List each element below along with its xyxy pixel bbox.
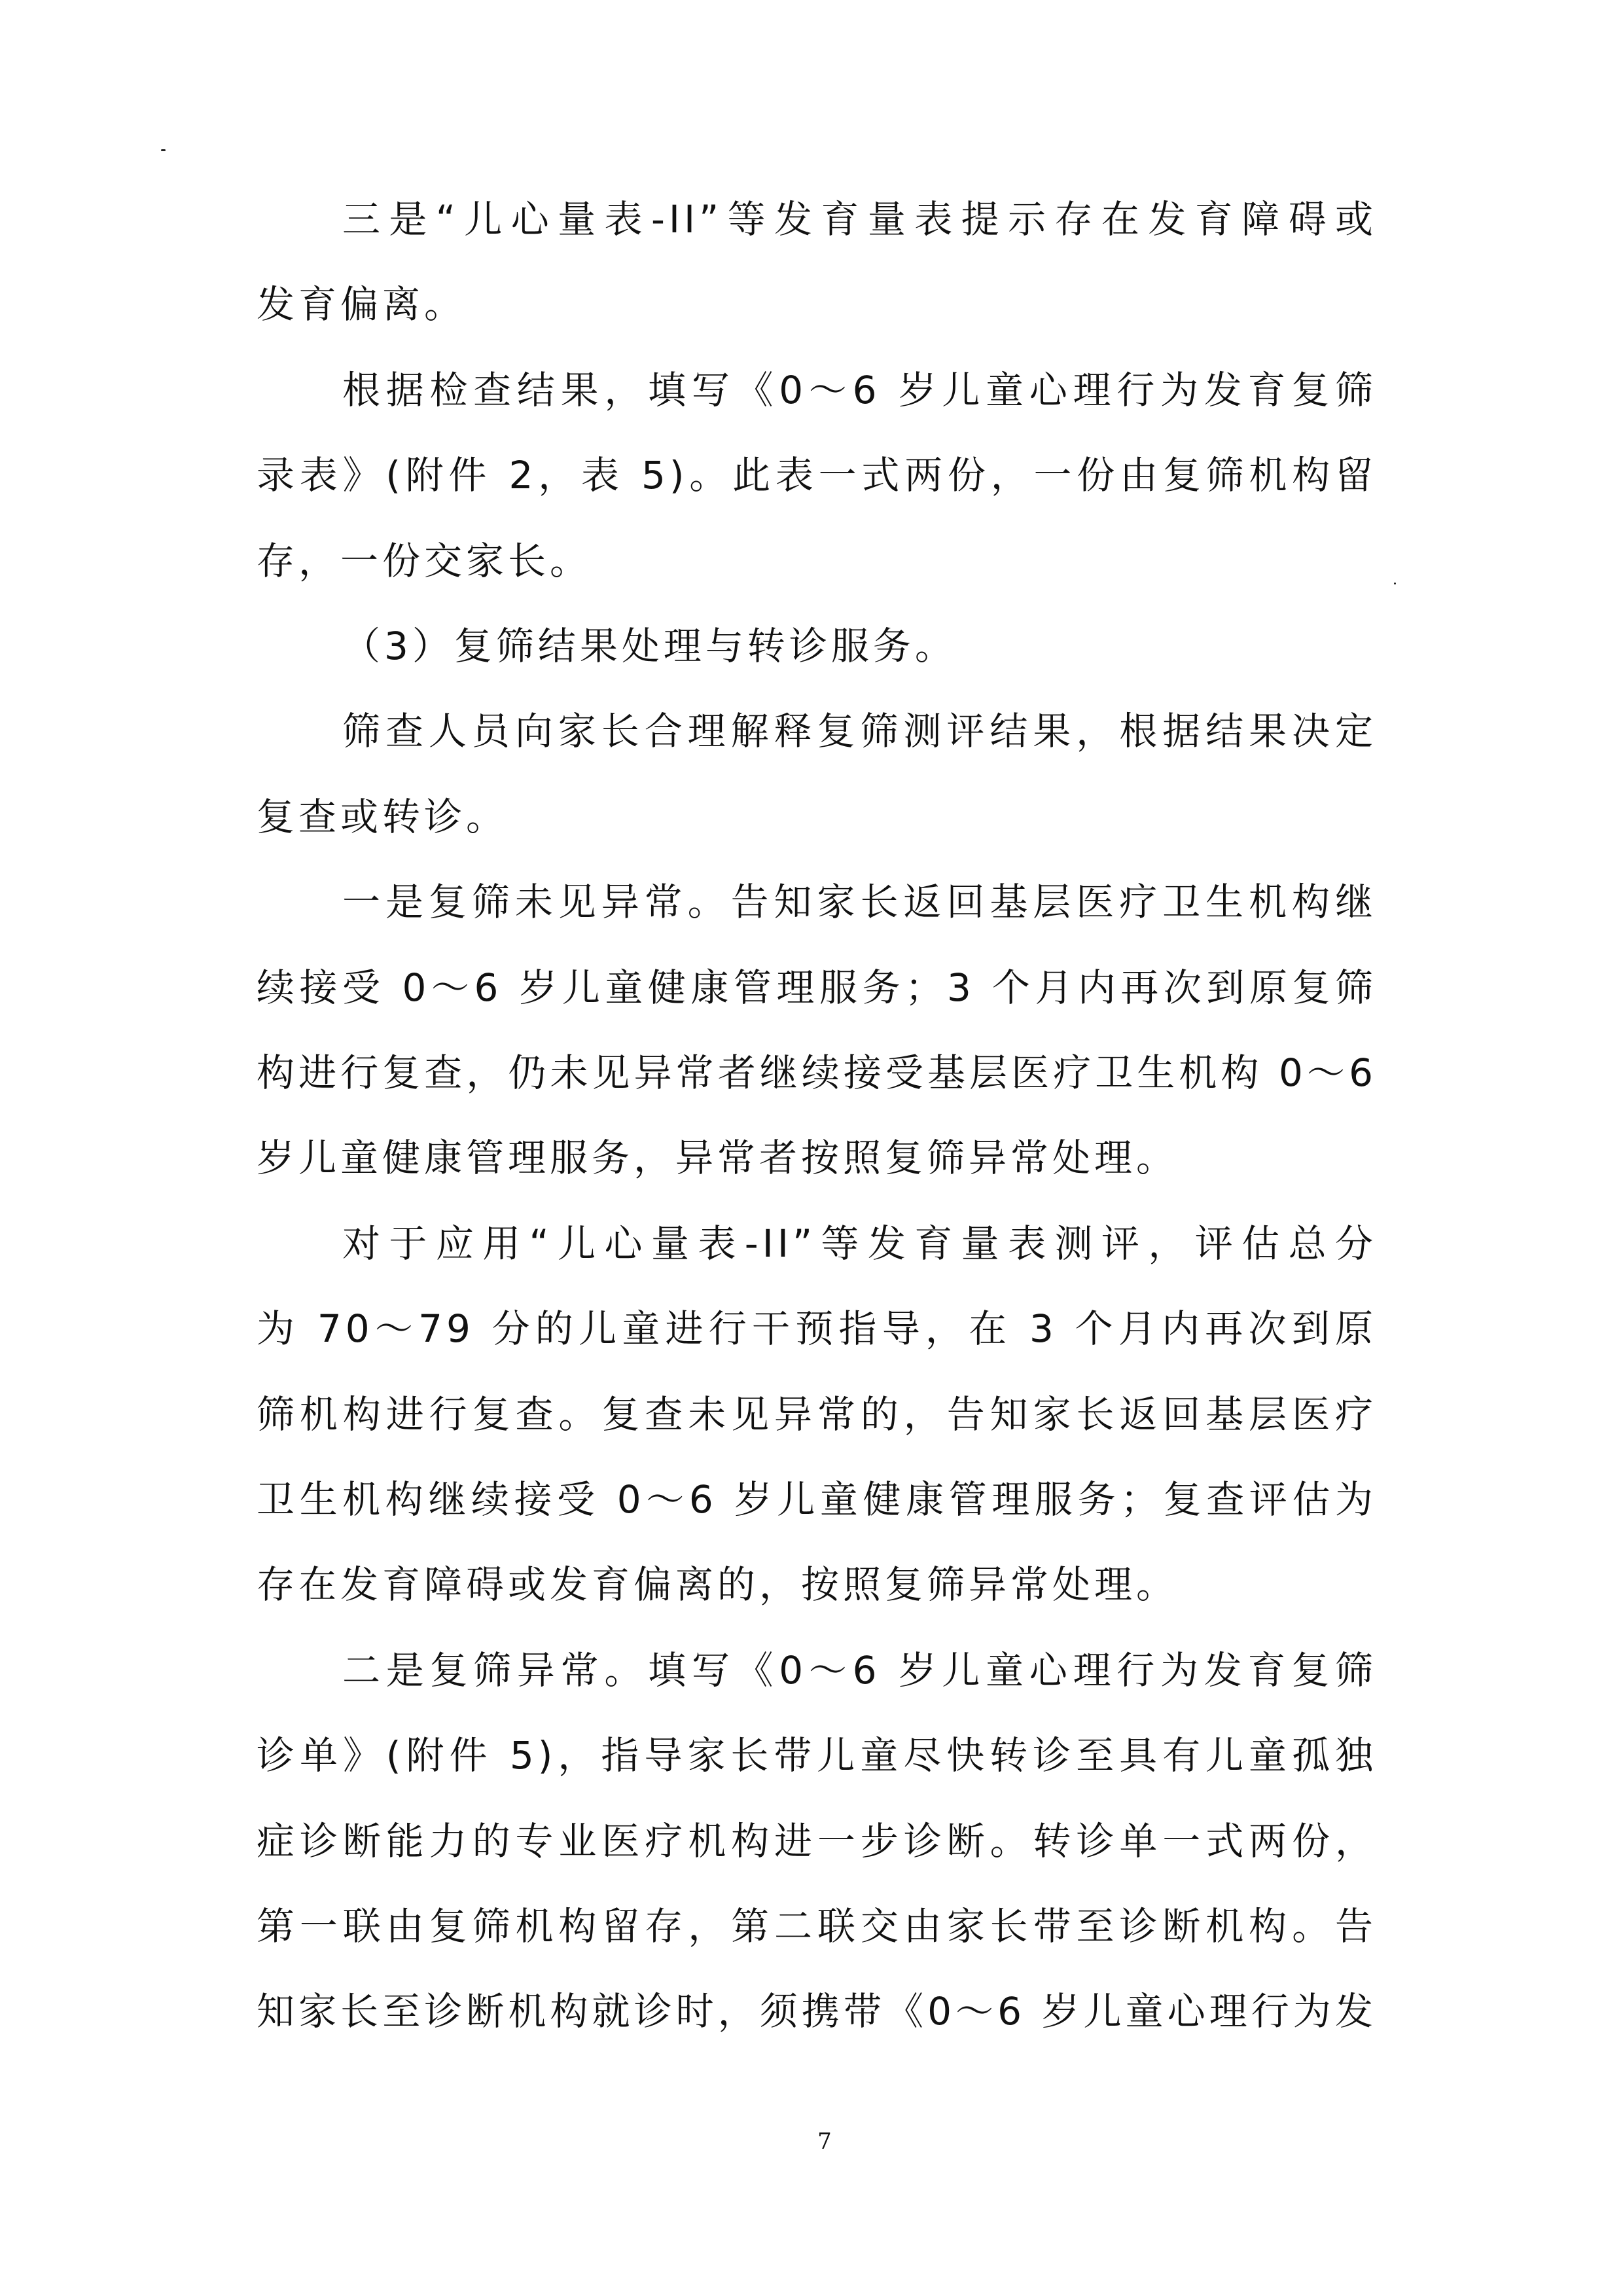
text-line: 诊单》(附件 5)，指导家长带儿童尽快转诊至具有儿童孤独 [257, 1732, 1377, 1778]
text-line: 第一联由复筛机构留存，第二联交由家长带至诊断机构。告 [257, 1903, 1377, 1949]
text-line: 发育偏离。 [257, 281, 1377, 327]
scan-speck [1394, 583, 1396, 584]
text-line: 存，一份交家长。 [257, 538, 1377, 584]
text-line: 一是复筛未见异常。告知家长返回基层医疗卫生机构继 [342, 879, 1377, 925]
text-line: 为 70～79 分的儿童进行干预指导，在 3 个月内再次到原复 [257, 1306, 1377, 1352]
text-line: 存在发育障碍或发育偏离的，按照复筛异常处理。 [257, 1562, 1377, 1607]
text-line: 知家长至诊断机构就诊时，须携带《0～6 岁儿童心理行为发 [257, 1988, 1377, 2034]
text-line: 构进行复查，仍未见异常者继续接受基层医疗卫生机构 0～6 [257, 1050, 1377, 1096]
text-line: 卫生机构继续接受 0～6 岁儿童健康管理服务；复查评估为 [257, 1477, 1377, 1522]
section-heading: （3）复筛结果处理与转诊服务。 [342, 623, 1377, 669]
page-number: 7 [811, 2128, 838, 2155]
text-line: 症诊断能力的专业医疗机构进一步诊断。转诊单一式两份， [257, 1818, 1377, 1864]
text-line: 筛机构进行复查。复查未见异常的，告知家长返回基层医疗 [257, 1391, 1377, 1437]
text-line: 三是“儿心量表-II”等发育量表提示存在发育障碍或 [342, 196, 1377, 242]
text-line: 复查或转诊。 [257, 794, 1377, 840]
text-line: 录表》(附件 2，表 5)。此表一式两份，一份由复筛机构留 [257, 452, 1377, 498]
scan-speck [161, 149, 166, 151]
document-page: 三是“儿心量表-II”等发育量表提示存在发育障碍或 发育偏离。 根据检查结果，填… [0, 0, 1623, 2296]
text-line: 岁儿童健康管理服务，异常者按照复筛异常处理。 [257, 1135, 1377, 1181]
text-line: 对于应用“儿心量表-II”等发育量表测评，评估总分 [342, 1221, 1377, 1266]
text-line: 二是复筛异常。填写《0～6 岁儿童心理行为发育复筛转 [342, 1647, 1377, 1693]
text-line: 根据检查结果，填写《0～6 岁儿童心理行为发育复筛记 [342, 367, 1377, 413]
text-line: 续接受 0～6 岁儿童健康管理服务；3 个月内再次到原复筛机 [257, 965, 1377, 1011]
text-line: 筛查人员向家长合理解释复筛测评结果，根据结果决定 [342, 708, 1377, 754]
